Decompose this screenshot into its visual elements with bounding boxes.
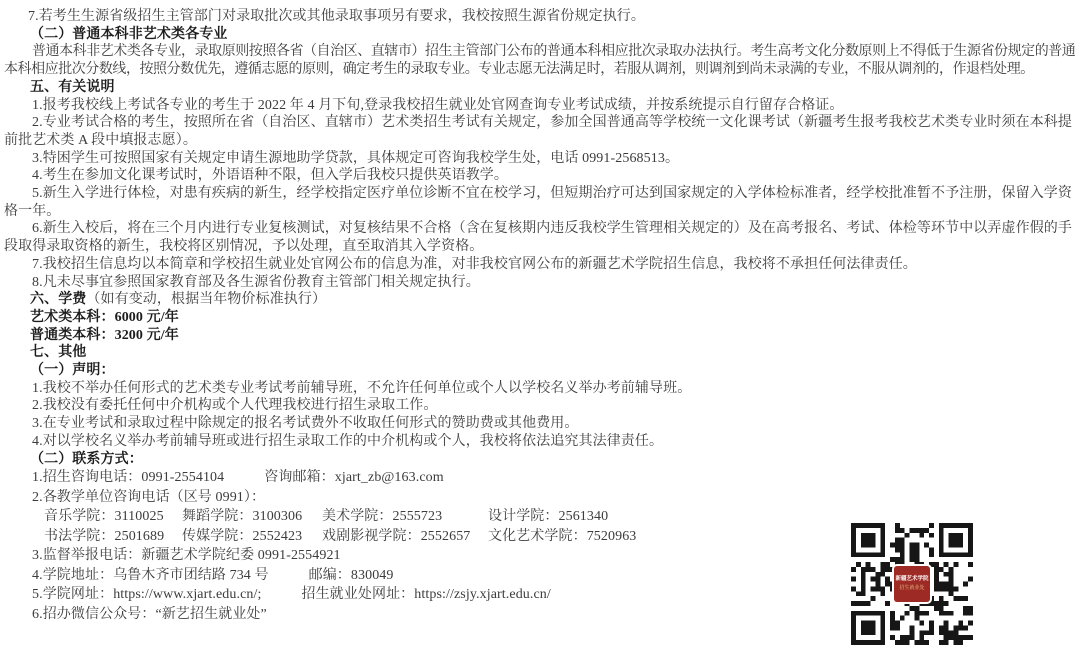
contact-heading: （二）联系方式： (4, 451, 1076, 469)
tuition-line-general: 普通类本科：3200 元/年 (4, 327, 1076, 345)
notes-item-6: 6.新生入校后，将在三个月内进行专业复核测试，对复核结果不合格（含在复核期内违反… (4, 220, 1076, 255)
school-website-url: 5.学院网址：https://www.xjart.edu.cn/; (32, 587, 261, 602)
tuition-general-value: 3200 元/年 (115, 328, 179, 343)
contact-units-line: 2.各教学单位咨询电话（区号 0991）： (4, 488, 1076, 508)
school-phone-drama-film: 戏剧影视学院：2552657 (322, 527, 488, 547)
school-phone-design: 设计学院：2561340 (488, 509, 608, 524)
tuition-art-label: 艺术类本科： (30, 310, 115, 325)
non-art-paragraph: 普通本科非艺术类各专业，录取原则按照各省（自治区、直辖市）招生主管部门公布的普通… (4, 43, 1076, 78)
notes-item-7: 7.我校招生信息均以本简章和学校招生就业处官网公布的信息为准，对非我校官网公布的… (4, 256, 1076, 274)
wechat-qr-code: 新疆艺术学院 招生就业处 (851, 523, 973, 645)
tuition-note: （如有变动，根据当年物价标准执行） (86, 292, 326, 307)
school-phone-calligraphy: 书法学院：2501689 (44, 527, 182, 547)
admission-phone: 1.招生咨询电话：0991-2554104 (32, 470, 224, 485)
notes-item-3: 3.特困学生可按照国家有关规定申请生源地助学贷款，具体规定可咨询我校学生处，电话… (4, 150, 1076, 168)
section-heading-notes: 五、有关说明 (4, 79, 1076, 97)
admissions-brochure-page: 7.若考生生源省级招生主管部门对录取批次或其他录取事项另有要求，我校按照生源省份… (0, 0, 1080, 659)
section-heading-other: 七、其他 (4, 344, 1076, 362)
statement-item-1: 1.我校不举办任何形式的艺术类专业考试考前辅导班，不允许任何单位或个人以学校名义… (4, 380, 1076, 398)
notes-item-1: 1.报考我校线上考试各专业的考生于 2022 年 4 月下旬,登录我校招生就业处… (4, 97, 1076, 115)
postcode: 邮编：830049 (309, 568, 394, 583)
school-phone-fine-arts: 美术学院：2555723 (322, 507, 488, 527)
tuition-line-art: 艺术类本科：6000 元/年 (4, 309, 1076, 327)
tuition-title: 六、学费 (30, 292, 86, 307)
general-provision-7: 7.若考生生源省级招生主管部门对录取批次或其他录取事项另有要求，我校按照生源省份… (4, 8, 1076, 26)
contact-phone-line: 1.招生咨询电话：0991-2554104咨询邮箱：xjart_zb@163.c… (4, 468, 1076, 488)
tuition-general-label: 普通类本科： (30, 328, 115, 343)
notes-item-8: 8.凡未尽事宜参照国家教育部及各生源省份教育主管部门相关规定执行。 (4, 274, 1076, 292)
tuition-art-value: 6000 元/年 (115, 310, 179, 325)
qr-center-logo: 新疆艺术学院 招生就业处 (894, 566, 930, 602)
qr-logo-school-name: 新疆艺术学院 (895, 576, 928, 583)
campus-address: 4.学院地址：乌鲁木齐市团结路 734 号 (32, 568, 269, 583)
statement-item-2: 2.我校没有委托任何中介机构或个人代理我校进行招生录取工作。 (4, 397, 1076, 415)
statement-heading: （一）声明： (4, 362, 1076, 380)
statement-item-4: 4.对以学校名义举办考前辅导班或进行招生录取工作的中介机构或个人，我校将依法追究… (4, 433, 1076, 451)
statement-item-3: 3.在专业考试和录取过程中除规定的报名考试费外不收取任何形式的赞助费或其他费用。 (4, 415, 1076, 433)
school-phone-media: 传媒学院：2552423 (182, 527, 322, 547)
school-phone-music: 音乐学院：3110025 (44, 507, 182, 527)
notes-item-4: 4.考生在参加文化课考试时，外语语种不限，但入学后我校只提供英语教学。 (4, 167, 1076, 185)
school-phone-dance: 舞蹈学院：3100306 (182, 507, 322, 527)
school-phone-culture-art: 文化艺术学院：7520963 (488, 529, 636, 544)
qr-logo-office-name: 招生就业处 (899, 585, 924, 592)
notes-item-5: 5.新生入学进行体检，对患有疾病的新生，经学校指定医疗单位诊断不宜在校学习，但短… (4, 185, 1076, 220)
notes-item-2: 2.专业考试合格的考生，按照所在省（自治区、直辖市）艺术类招生考试有关规定，参加… (4, 114, 1076, 149)
section-heading-tuition: 六、学费（如有变动，根据当年物价标准执行） (4, 291, 1076, 309)
section-heading-non-art: （二）普通本科非艺术类各专业 (4, 26, 1076, 44)
consult-email: 咨询邮箱：xjart_zb@163.com (264, 470, 443, 485)
admissions-website-url: 招生就业处网址：https://zsjy.xjart.edu.cn/ (301, 587, 550, 602)
